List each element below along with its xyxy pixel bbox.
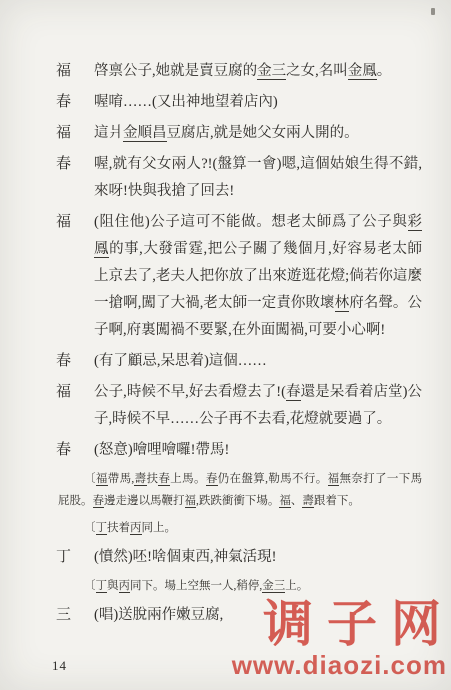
text-run: 喔,就有父女兩人?!(盤算一會)嗯,這個姑娘生得不錯,來呀!快與我搶了回去! bbox=[94, 156, 422, 199]
proper-name-underline: 福 bbox=[185, 495, 197, 508]
dialogue-text: 喔,就有父女兩人?!(盤算一會)嗯,這個姑娘生得不錯,來呀!快與我搶了回去! bbox=[94, 151, 422, 205]
text-run: (怒意)噲哩噲囉!帶馬! bbox=[94, 442, 229, 458]
proper-name-underline: 壽 bbox=[302, 495, 314, 508]
dialogue-text: 這爿金順昌豆腐店,就是她父女兩人開的。 bbox=[94, 120, 422, 147]
dialogue-text: 喔唷……(又出神地望着店內) bbox=[94, 89, 422, 116]
proper-name-underline: 福 bbox=[96, 473, 108, 486]
proper-name-underline: 丁 bbox=[96, 580, 108, 593]
text-run: (阻住他)公子這可不能做。想老太師爲了公子與 bbox=[94, 214, 408, 230]
scanned-script-page: 福啓禀公子,她就是賣豆腐的金三之女,名叫金鳳。春喔唷……(又出神地望着店內)福這… bbox=[0, 0, 451, 690]
text-run: 、 bbox=[291, 495, 303, 507]
text-run: 上馬。 bbox=[170, 473, 206, 485]
dialogue-text: (怒意)噲哩噲囉!帶馬! bbox=[94, 437, 422, 464]
text-run: (唱)送脫兩作嫩豆腐, bbox=[94, 607, 223, 623]
dialogue-line: 春喔唷……(又出神地望着店內) bbox=[56, 89, 422, 116]
text-run: 扶着 bbox=[107, 522, 130, 534]
proper-name-underline: 金順昌 bbox=[123, 125, 167, 142]
proper-name-underline: 春 bbox=[286, 384, 301, 401]
page-number: 14 bbox=[52, 658, 67, 674]
speaker-label: 三 bbox=[56, 602, 94, 629]
speaker-label: 丁 bbox=[56, 544, 94, 571]
text-run: 豆腐店,就是她父女兩人開的。 bbox=[167, 125, 359, 141]
text-run: 帶馬, bbox=[108, 473, 135, 485]
text-run: 同下。場上空無一人,稍停, bbox=[130, 580, 262, 592]
text-run: 同上。 bbox=[142, 522, 177, 534]
text-run: 喔唷……(又出神地望着店內) bbox=[94, 94, 278, 110]
dialogue-text: (憤然)呸!啥個東西,神氣活現! bbox=[94, 544, 422, 571]
text-run: 〔 bbox=[84, 522, 96, 534]
dialogue-text: (唱)送脫兩作嫩豆腐, bbox=[94, 602, 422, 629]
stage-direction: 〔丁與丙同下。場上空無一人,稍停,金三上。 bbox=[58, 575, 422, 597]
speaker-label: 春 bbox=[56, 348, 94, 375]
proper-name-underline: 林 bbox=[335, 295, 350, 312]
stage-direction: 〔福帶馬,壽扶春上馬。春仍在盤算,勒馬不行。福無奈打了一下馬屁股。春邊走邊以馬鞭… bbox=[58, 468, 422, 512]
proper-name-underline: 丁 bbox=[96, 522, 108, 535]
text-run: ,跌跌衝衝下場。 bbox=[196, 495, 279, 507]
speaker-label: 福 bbox=[56, 120, 94, 147]
speaker-label: 福 bbox=[56, 379, 94, 433]
speaker-label: 福 bbox=[56, 58, 94, 85]
dialogue-line: 春(怒意)噲哩噲囉!帶馬! bbox=[56, 437, 422, 464]
dialogue-text: (阻住他)公子這可不能做。想老太師爲了公子與彩鳳的事,大發雷霆,把公子關了幾個月… bbox=[94, 209, 422, 344]
speaker-label: 福 bbox=[56, 209, 94, 344]
dialogue-line: 福(阻住他)公子這可不能做。想老太師爲了公子與彩鳳的事,大發雷霆,把公子關了幾個… bbox=[56, 209, 422, 344]
dialogue-text: 公子,時候不早,好去看燈去了!(春還是呆看着店堂)公子,時候不早……公子再不去看… bbox=[94, 379, 422, 433]
dialogue-line: 福啓禀公子,她就是賣豆腐的金三之女,名叫金鳳。 bbox=[56, 58, 422, 85]
speaker-label: 春 bbox=[56, 151, 94, 205]
proper-name-underline: 福 bbox=[328, 473, 340, 486]
text-run: 公子,時候不早,好去看燈去了!( bbox=[94, 384, 286, 400]
proper-name-underline: 丙 bbox=[119, 580, 131, 593]
text-run: 這爿 bbox=[94, 125, 123, 141]
proper-name-underline: 金鳳 bbox=[348, 63, 377, 80]
proper-name-underline: 金三 bbox=[262, 580, 285, 593]
text-run: 。 bbox=[377, 63, 392, 79]
proper-name-underline: 春 bbox=[158, 473, 170, 486]
text-run: (憤然)呸!啥個東西,神氣活現! bbox=[94, 549, 276, 565]
proper-name-underline: 福 bbox=[279, 495, 291, 508]
dialogue-line: 丁(憤然)呸!啥個東西,神氣活現! bbox=[56, 544, 422, 571]
dialogue-line: 福這爿金順昌豆腐店,就是她父女兩人開的。 bbox=[56, 120, 422, 147]
proper-name-underline: 金三 bbox=[257, 63, 286, 80]
text-run: 邊走邊以馬鞭打 bbox=[104, 495, 185, 507]
stage-direction: 〔丁扶着丙同上。 bbox=[58, 517, 422, 539]
text-run: 跟着下。 bbox=[314, 495, 360, 507]
scan-artifact bbox=[431, 8, 435, 15]
text-run: 扶 bbox=[147, 473, 159, 485]
proper-name-underline: 春 bbox=[206, 473, 218, 486]
text-run: 〔 bbox=[84, 580, 96, 592]
text-run: 仍在盤算,勒馬不行。 bbox=[218, 473, 328, 485]
text-run: 啓禀公子,她就是賣豆腐的 bbox=[94, 63, 257, 79]
dialogue-line: 福公子,時候不早,好去看燈去了!(春還是呆看着店堂)公子,時候不早……公子再不去… bbox=[56, 379, 422, 433]
watermark-url: www.diaozi.com bbox=[232, 651, 447, 680]
text-run: 之女,名叫 bbox=[286, 63, 348, 79]
script-text-block: 福啓禀公子,她就是賣豆腐的金三之女,名叫金鳳。春喔唷……(又出神地望着店內)福這… bbox=[56, 58, 422, 633]
text-run: (有了顧忌,呆思着)這個…… bbox=[94, 353, 267, 369]
proper-name-underline: 丙 bbox=[130, 522, 142, 535]
dialogue-line: 春(有了顧忌,呆思着)這個…… bbox=[56, 348, 422, 375]
dialogue-line: 三(唱)送脫兩作嫩豆腐, bbox=[56, 602, 422, 629]
proper-name-underline: 春 bbox=[93, 495, 105, 508]
speaker-label: 春 bbox=[56, 437, 94, 464]
speaker-label: 春 bbox=[56, 89, 94, 116]
dialogue-text: 啓禀公子,她就是賣豆腐的金三之女,名叫金鳳。 bbox=[94, 58, 422, 85]
text-run: 上。 bbox=[285, 580, 308, 592]
dialogue-line: 春喔,就有父女兩人?!(盤算一會)嗯,這個姑娘生得不錯,來呀!快與我搶了回去! bbox=[56, 151, 422, 205]
dialogue-text: (有了顧忌,呆思着)這個…… bbox=[94, 348, 422, 375]
text-run: 〔 bbox=[84, 473, 96, 485]
text-run: 與 bbox=[107, 580, 119, 592]
proper-name-underline: 壽 bbox=[134, 473, 146, 486]
